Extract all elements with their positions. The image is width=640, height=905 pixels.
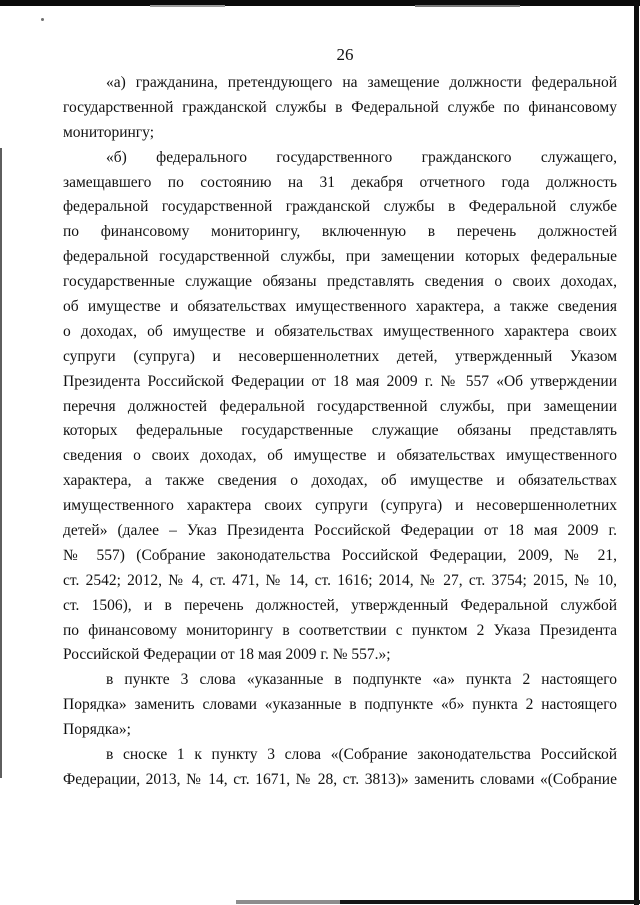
text-line: перечня должностей федеральной государст… [63, 395, 617, 420]
text-line: Федерации, 2013, № 14, ст. 1671, № 28, с… [63, 768, 617, 793]
scan-smudge [150, 5, 225, 7]
text-line: мониторингу; [63, 121, 617, 146]
scan-edge-left [0, 148, 2, 778]
text-line: № 557) (Собрание законодательства Россий… [63, 544, 617, 569]
scan-edge-top [0, 0, 640, 6]
text-line: Российской Федерации от 18 мая 2009 г. №… [63, 643, 617, 668]
text-line: «б) федерального государственного гражда… [63, 146, 617, 171]
text-line: в пункте 3 слова «указанные в подпункте … [63, 668, 617, 693]
text-line: имущественного характера своих супруги (… [63, 494, 617, 519]
text-line: государственные служащие обязаны предста… [63, 270, 617, 295]
text-line: Порядка»; [63, 718, 617, 743]
document-page: 26 «а) гражданина, претендующего на заме… [0, 0, 640, 905]
scan-artifact-dot [41, 18, 44, 21]
text-line: государственной гражданской службы в Фед… [63, 96, 617, 121]
text-line: федеральной государственной службы, при … [63, 245, 617, 270]
text-line: ст. 2542; 2012, № 4, ст. 471, № 14, ст. … [63, 569, 617, 594]
text-line: характера, а также сведения о доходах, о… [63, 469, 617, 494]
text-line: по финансовому мониторингу, включенную в… [63, 220, 617, 245]
text-line: супруги (супруга) и несовершеннолетних д… [63, 345, 617, 370]
text-line: «а) гражданина, претендующего на замещен… [63, 71, 617, 96]
text-line: замещавшего по состоянию на 31 декабря о… [63, 171, 617, 196]
text-line: сведения о своих доходах, об имуществе и… [63, 444, 617, 469]
text-line: в сноске 1 к пункту 3 слова «(Собрание з… [63, 743, 617, 768]
text-line: Порядка» заменить словами «указанные в п… [63, 693, 617, 718]
scan-smudge [415, 5, 520, 7]
scan-edge-right [634, 2, 639, 905]
text-line: Президента Российской Федерации от 18 ма… [63, 370, 617, 395]
page-number: 26 [25, 45, 640, 65]
text-line: федеральной государственной гражданской … [63, 195, 617, 220]
text-line: об имуществе и обязательствах имуществен… [63, 295, 617, 320]
scan-edge-bottom-gray [236, 900, 340, 904]
text-line: детей» (далее – Указ Президента Российск… [63, 519, 617, 544]
text-line: ст. 1506), и в перечень должностей, утве… [63, 594, 617, 619]
text-line: о доходах, об имуществе и обязательствах… [63, 320, 617, 345]
document-text: «а) гражданина, претендующего на замещен… [63, 71, 617, 793]
text-line: по финансовому мониторингу в соответстви… [63, 619, 617, 644]
text-line: которых федеральные государственные служ… [63, 419, 617, 444]
